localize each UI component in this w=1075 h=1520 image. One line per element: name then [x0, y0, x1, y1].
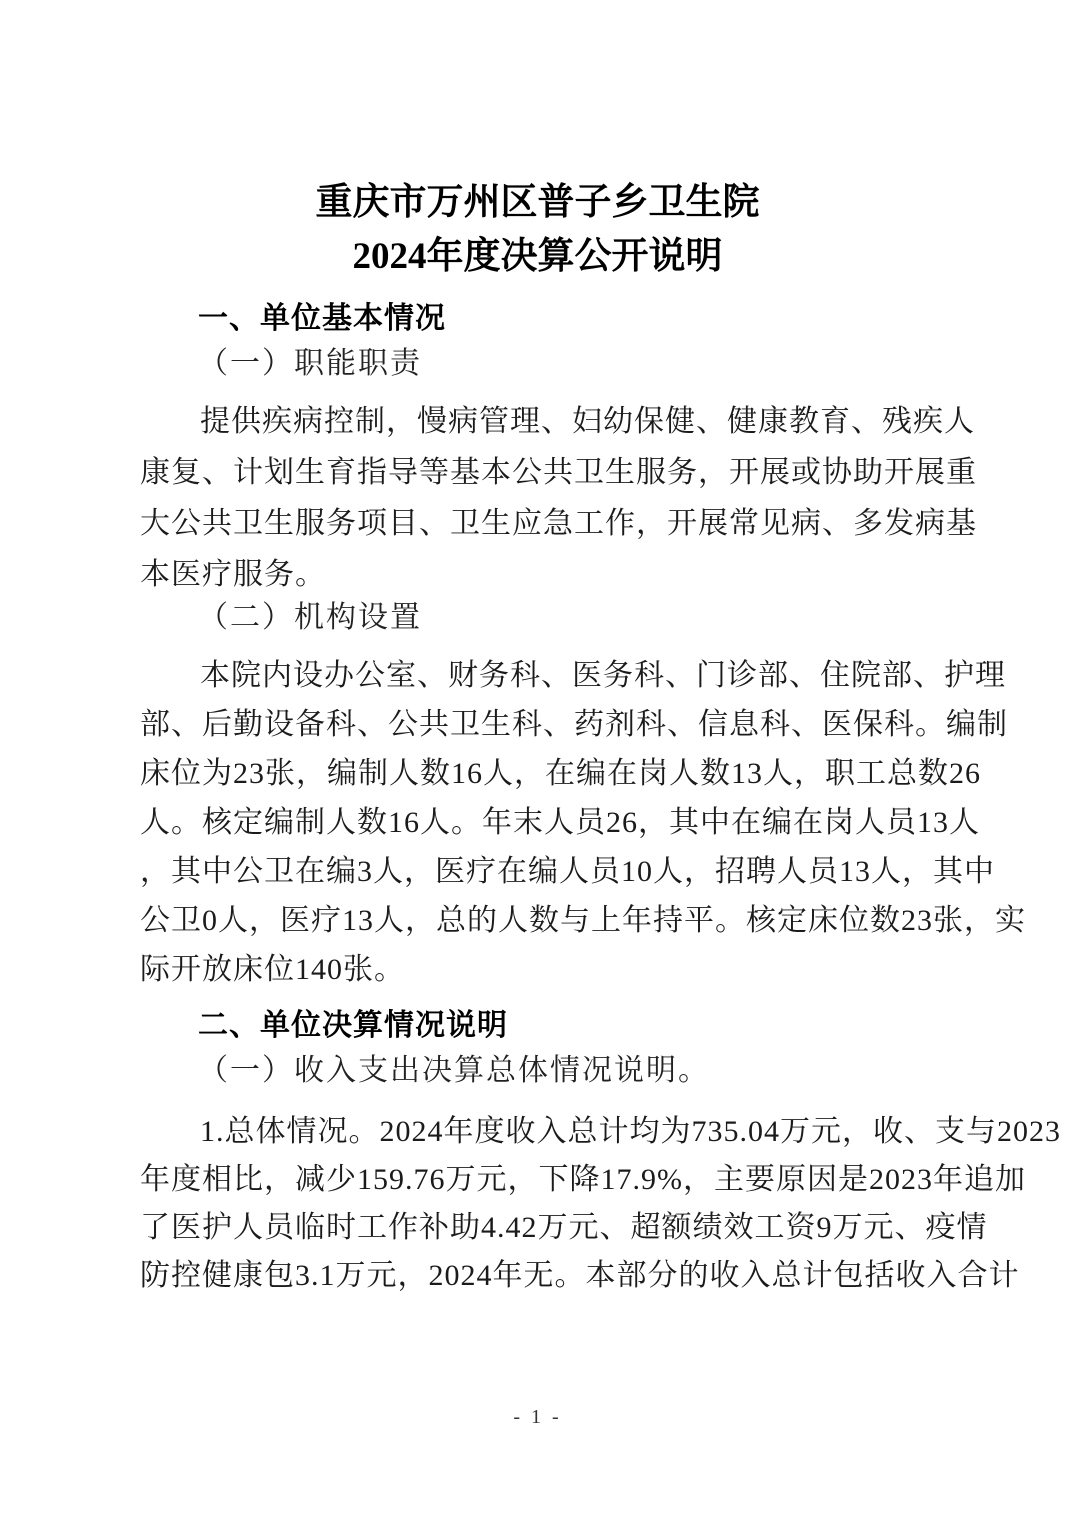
page-number: - 1 - [0, 1404, 1075, 1430]
paragraph-org: 本院内设办公室、财务科、医务科、门诊部、住院部、护理 部、后勤设备科、公共卫生科… [140, 651, 946, 994]
sub-heading-income-expense: （一）收入支出决算总体情况说明。 [140, 1048, 946, 1094]
document-title: 重庆市万州区普子乡卫生院 2024年度决算公开说明 [0, 176, 1075, 284]
sub-heading-org: （二）机构设置 [140, 595, 946, 641]
paragraph-line: 本医疗服务。 [140, 549, 946, 600]
section-heading-unit-basic: 一、单位基本情况 [140, 296, 946, 342]
document-page: 重庆市万州区普子乡卫生院 2024年度决算公开说明 一、单位基本情况 （一）职能… [0, 0, 1075, 1520]
document-title-line2: 2024年度决算公开说明 [0, 230, 1075, 284]
document-title-line1: 重庆市万州区普子乡卫生院 [0, 176, 1075, 230]
paragraph-line: 床位为23张，编制人数16人，在编在岗人数13人，职工总数26 [140, 749, 946, 798]
paragraph-line: 1.总体情况。2024年度收入总计均为735.04万元，收、支与2023 [140, 1108, 946, 1156]
paragraph-line: 部、后勤设备科、公共卫生科、药剂科、信息科、医保科。编制 [140, 700, 946, 749]
paragraph-line: 康复、计划生育指导等基本公共卫生服务，开展或协助开展重 [140, 447, 946, 498]
paragraph-line: 本院内设办公室、财务科、医务科、门诊部、住院部、护理 [140, 651, 946, 700]
paragraph-line: ，其中公卫在编3人，医疗在编人员10人，招聘人员13人，其中 [140, 847, 946, 896]
paragraph-line: 提供疾病控制，慢病管理、妇幼保健、健康教育、残疾人 [140, 396, 946, 447]
paragraph-line: 际开放床位140张。 [140, 945, 946, 994]
paragraph-line: 公卫0人，医疗13人，总的人数与上年持平。核定床位数23张，实 [140, 896, 946, 945]
paragraph-duties: 提供疾病控制，慢病管理、妇幼保健、健康教育、残疾人 康复、计划生育指导等基本公共… [140, 396, 946, 600]
paragraph-line: 了医护人员临时工作补助4.42万元、超额绩效工资9万元、疫情 [140, 1204, 946, 1252]
paragraph-line: 大公共卫生服务项目、卫生应急工作，开展常见病、多发病基 [140, 498, 946, 549]
paragraph-overall-situation: 1.总体情况。2024年度收入总计均为735.04万元，收、支与2023 年度相… [140, 1108, 946, 1300]
section-heading-final-accounts: 二、单位决算情况说明 [140, 1003, 946, 1049]
paragraph-line: 人。核定编制人数16人。年末人员26，其中在编在岗人员13人 [140, 798, 946, 847]
paragraph-line: 防控健康包3.1万元，2024年无。本部分的收入总计包括收入合计 [140, 1252, 946, 1300]
paragraph-line: 年度相比，减少159.76万元，下降17.9%，主要原因是2023年追加 [140, 1156, 946, 1204]
sub-heading-duties: （一）职能职责 [140, 341, 946, 387]
